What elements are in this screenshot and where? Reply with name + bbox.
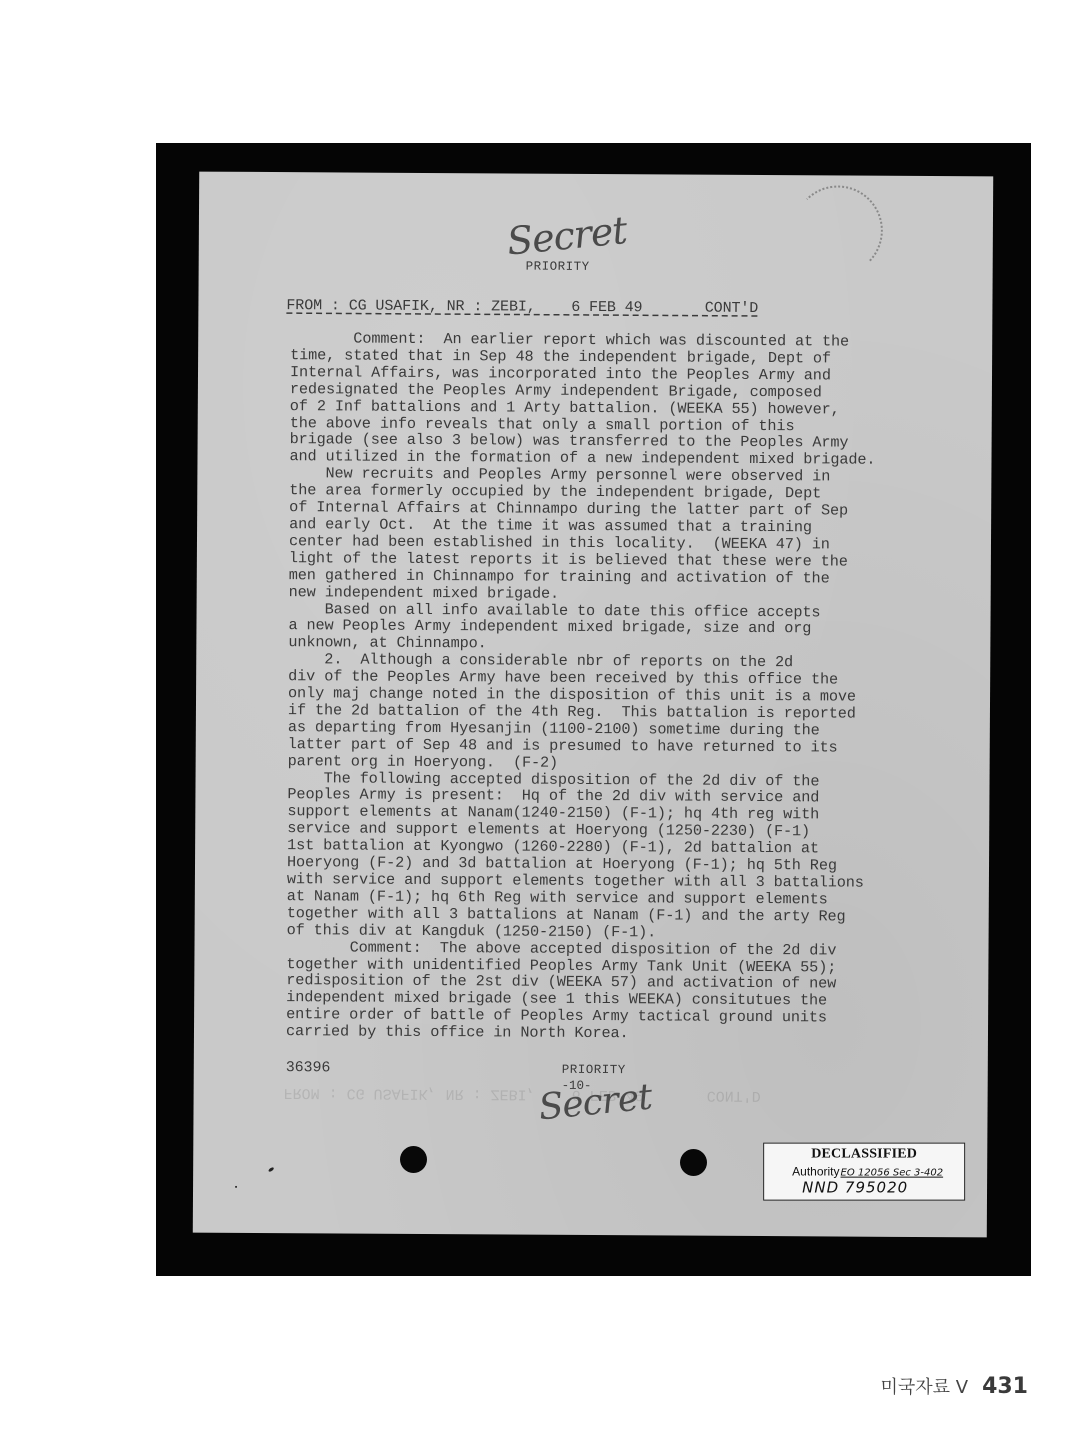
- authority-label: Authority: [792, 1165, 839, 1179]
- ink-speck: [235, 1186, 237, 1188]
- section-title: 미국자료 Ⅴ: [880, 1373, 968, 1399]
- declassified-stamp: DECLASSIFIED AuthorityEO 12056 Sec 3-402…: [763, 1143, 965, 1201]
- document-photo: FROM : CG USAFIK, NR : ZEBI, 6 FEB 49 CO…: [156, 143, 1031, 1276]
- message-header-line: FROM : CG USAFIK, NR : ZEBI, 6 FEB 49 CO…: [286, 298, 876, 319]
- typed-document-page: FROM : CG USAFIK, NR : ZEBI, 6 FEB 49 CO…: [193, 172, 993, 1238]
- priority-label-bottom: PRIORITY: [562, 1062, 626, 1079]
- priority-label-top: PRIORITY: [526, 259, 590, 276]
- body-line: carried by this office in North Korea.: [286, 1023, 946, 1044]
- punch-hole-left: [400, 1146, 427, 1173]
- punch-hole-right: [680, 1149, 707, 1176]
- bleed-through-text: FROM : CG USAFIK, NR : ZEBI, 6 FEB 49 CO…: [284, 1084, 761, 1104]
- nnd-number: NND 795020: [802, 1179, 908, 1197]
- page-footer: 미국자료 Ⅴ 431: [880, 1373, 1028, 1399]
- secret-signature-bottom: Secret: [537, 1077, 654, 1129]
- secret-signature-top: Secret: [505, 208, 628, 264]
- declassified-title: DECLASSIFIED: [764, 1147, 964, 1163]
- faded-stamp-mark: [793, 185, 884, 276]
- document-number: 36396: [286, 1060, 331, 1077]
- page-number: 431: [982, 1374, 1028, 1399]
- document-body: Comment: An earlier report which was dis…: [286, 330, 950, 1044]
- declassified-authority: AuthorityEO 12056 Sec 3-402: [792, 1165, 943, 1179]
- ink-speck: [268, 1167, 275, 1173]
- authority-value: EO 12056 Sec 3-402: [841, 1168, 944, 1179]
